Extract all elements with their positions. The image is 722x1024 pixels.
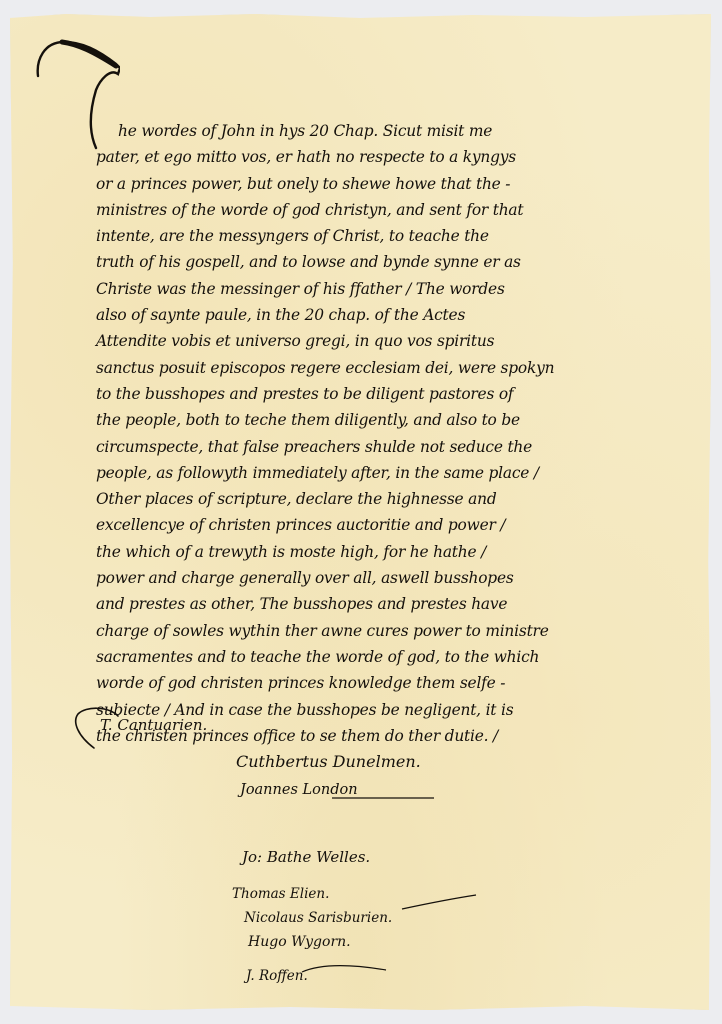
manuscript-line: circumspecte, that false preachers shuld… <box>96 434 708 460</box>
manuscript-body: he wordes of John in hys 20 Chap. Sicut … <box>118 118 708 749</box>
manuscript-line: pater, et ego mitto vos, er hath no resp… <box>96 144 708 170</box>
signature-worcester: Hugo Wygorn. <box>248 934 351 950</box>
signature-salisbury: Nicolaus Sarisburien. <box>244 910 392 926</box>
manuscript-line: he wordes of John in hys 20 Chap. Sicut … <box>118 118 708 144</box>
manuscript-line: Attendite vobis et universo gregi, in qu… <box>96 328 708 354</box>
manuscript-line: ministres of the worde of god christyn, … <box>96 197 708 223</box>
manuscript-line: power and charge generally over all, asw… <box>96 565 708 591</box>
manuscript-line: intente, are the messyngers of Christ, t… <box>96 223 708 249</box>
signature-london: Joannes London <box>240 782 358 798</box>
manuscript-line: and prestes as other, The busshopes and … <box>96 591 708 617</box>
signature-bath-wells: Jo: Bathe Welles. <box>242 848 370 866</box>
manuscript-line: Other places of scripture, declare the h… <box>96 486 708 512</box>
manuscript-line: the which of a trewyth is moste high, fo… <box>96 539 708 565</box>
manuscript-line: to the busshopes and prestes to be dilig… <box>96 381 708 407</box>
manuscript-line: or a princes power, but onely to shewe h… <box>96 171 708 197</box>
manuscript-line: excellencye of christen princes auctorit… <box>96 512 708 538</box>
manuscript-line: truth of his gospell, and to lowse and b… <box>96 249 708 275</box>
manuscript-line: also of saynte paule, in the 20 chap. of… <box>96 302 708 328</box>
manuscript-line: sacramentes and to teache the worde of g… <box>96 644 708 670</box>
manuscript-line: Christe was the messinger of his ffather… <box>96 276 708 302</box>
manuscript-line: the people, both to teche them diligentl… <box>96 407 708 433</box>
manuscript-line: people, as followyth immediately after, … <box>96 460 708 486</box>
manuscript-line: worde of god christen princes knowledge … <box>96 670 708 696</box>
signature-durham: Cuthbertus Dunelmen. <box>236 752 421 771</box>
illuminated-initial-t <box>30 30 120 150</box>
manuscript-line: charge of sowles wythin ther awne cures … <box>96 618 708 644</box>
signature-canterbury: T. Cantuarien. <box>100 716 207 734</box>
signature-ely: Thomas Elien. <box>232 886 329 902</box>
manuscript-line: sanctus posuit episcopos regere ecclesia… <box>96 355 708 381</box>
signature-rochester: J. Roffen. <box>246 968 308 984</box>
